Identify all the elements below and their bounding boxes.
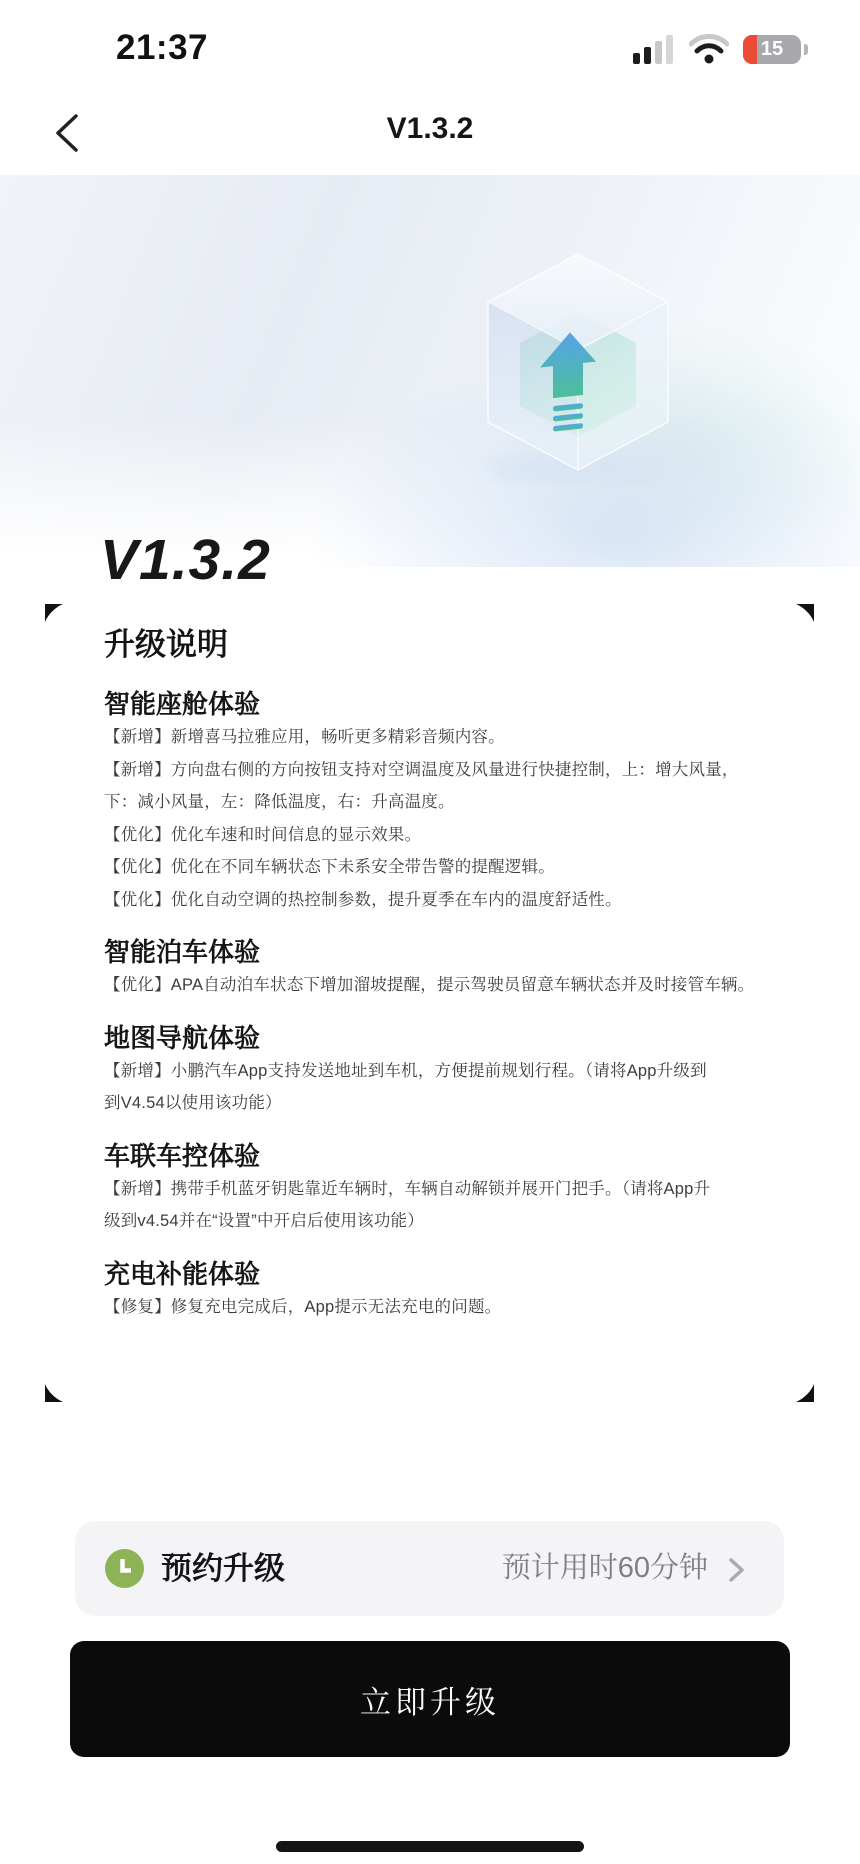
schedule-upgrade-row[interactable]: 预约升级 预计用时60分钟: [75, 1521, 784, 1616]
corner-mark-bottom-left: [45, 1384, 63, 1402]
nav-bar: V1.3.2: [0, 90, 860, 175]
battery-icon: 15: [743, 35, 801, 64]
estimated-duration-text: 预计用时60分钟: [502, 1521, 708, 1616]
note-line: 到V4.54以使用该功能）: [104, 1087, 764, 1120]
battery-percent: 15: [743, 38, 801, 61]
clock-icon: [105, 1549, 144, 1588]
wifi-icon: [689, 34, 729, 64]
release-notes: 升级说明 智能座舱体验 【新增】新增喜马拉雅应用，畅听更多精彩音频内容。 【新增…: [104, 624, 764, 1323]
corner-mark-top-right: [796, 604, 814, 622]
note-line: 【新增】小鹏汽车App支持发送地址到车机，方便提前规划行程。（请将App升级到: [104, 1055, 764, 1088]
section-title-cockpit: 智能座舱体验: [104, 688, 764, 721]
corner-mark-bottom-right: [796, 1384, 814, 1402]
hero-banner: V1.3.2: [0, 175, 860, 567]
note-line: 【优化】优化自动空调的热控制参数，提升夏季在车内的温度舒适性。: [104, 884, 764, 917]
page-title: V1.3.2: [0, 112, 860, 146]
hero-version-text: V1.3.2: [100, 527, 271, 593]
section-title-navigation: 地图导航体验: [104, 1022, 764, 1055]
status-icons: 15: [633, 30, 808, 64]
note-line: 【新增】新增喜马拉雅应用，畅听更多精彩音频内容。: [104, 721, 764, 754]
note-line: 级到v4.54并在“设置”中开启后使用该功能）: [104, 1205, 764, 1238]
schedule-upgrade-label: 预约升级: [161, 1521, 285, 1616]
section-title-charging: 充电补能体验: [104, 1258, 764, 1291]
notes-heading: 升级说明: [104, 624, 764, 666]
note-line: 【优化】APA自动泊车状态下增加溜坡提醒，提示驾驶员留意车辆状态并及时接管车辆。: [104, 969, 764, 1002]
note-line: 【优化】优化在不同车辆状态下未系安全带告警的提醒逻辑。: [104, 851, 764, 884]
status-time: 21:37: [116, 28, 208, 68]
upgrade-now-button[interactable]: 立即升级: [70, 1641, 790, 1757]
note-line: 【修复】修复充电完成后，App提示无法充电的问题。: [104, 1291, 764, 1324]
section-title-parking: 智能泊车体验: [104, 936, 764, 969]
battery-nub: [804, 44, 808, 55]
home-indicator[interactable]: [276, 1841, 584, 1852]
cellular-signal-icon: [633, 34, 675, 64]
note-line: 【新增】携带手机蓝牙钥匙靠近车辆时，车辆自动解锁并展开门把手。（请将App升: [104, 1173, 764, 1206]
status-bar: 21:37 15: [0, 0, 860, 90]
note-line: 【优化】优化车速和时间信息的显示效果。: [104, 819, 764, 852]
corner-mark-top-left: [45, 604, 63, 622]
note-line: 【新增】方向盘右侧的方向按钮支持对空调温度及风量进行快捷控制，上：增大风量，: [104, 754, 764, 787]
chevron-right-icon: [728, 1557, 746, 1583]
upgrade-cube-illustration: [478, 240, 678, 485]
section-title-connectivity: 车联车控体验: [104, 1140, 764, 1173]
note-line: 下：减小风量，左：降低温度，右：升高温度。: [104, 786, 764, 819]
